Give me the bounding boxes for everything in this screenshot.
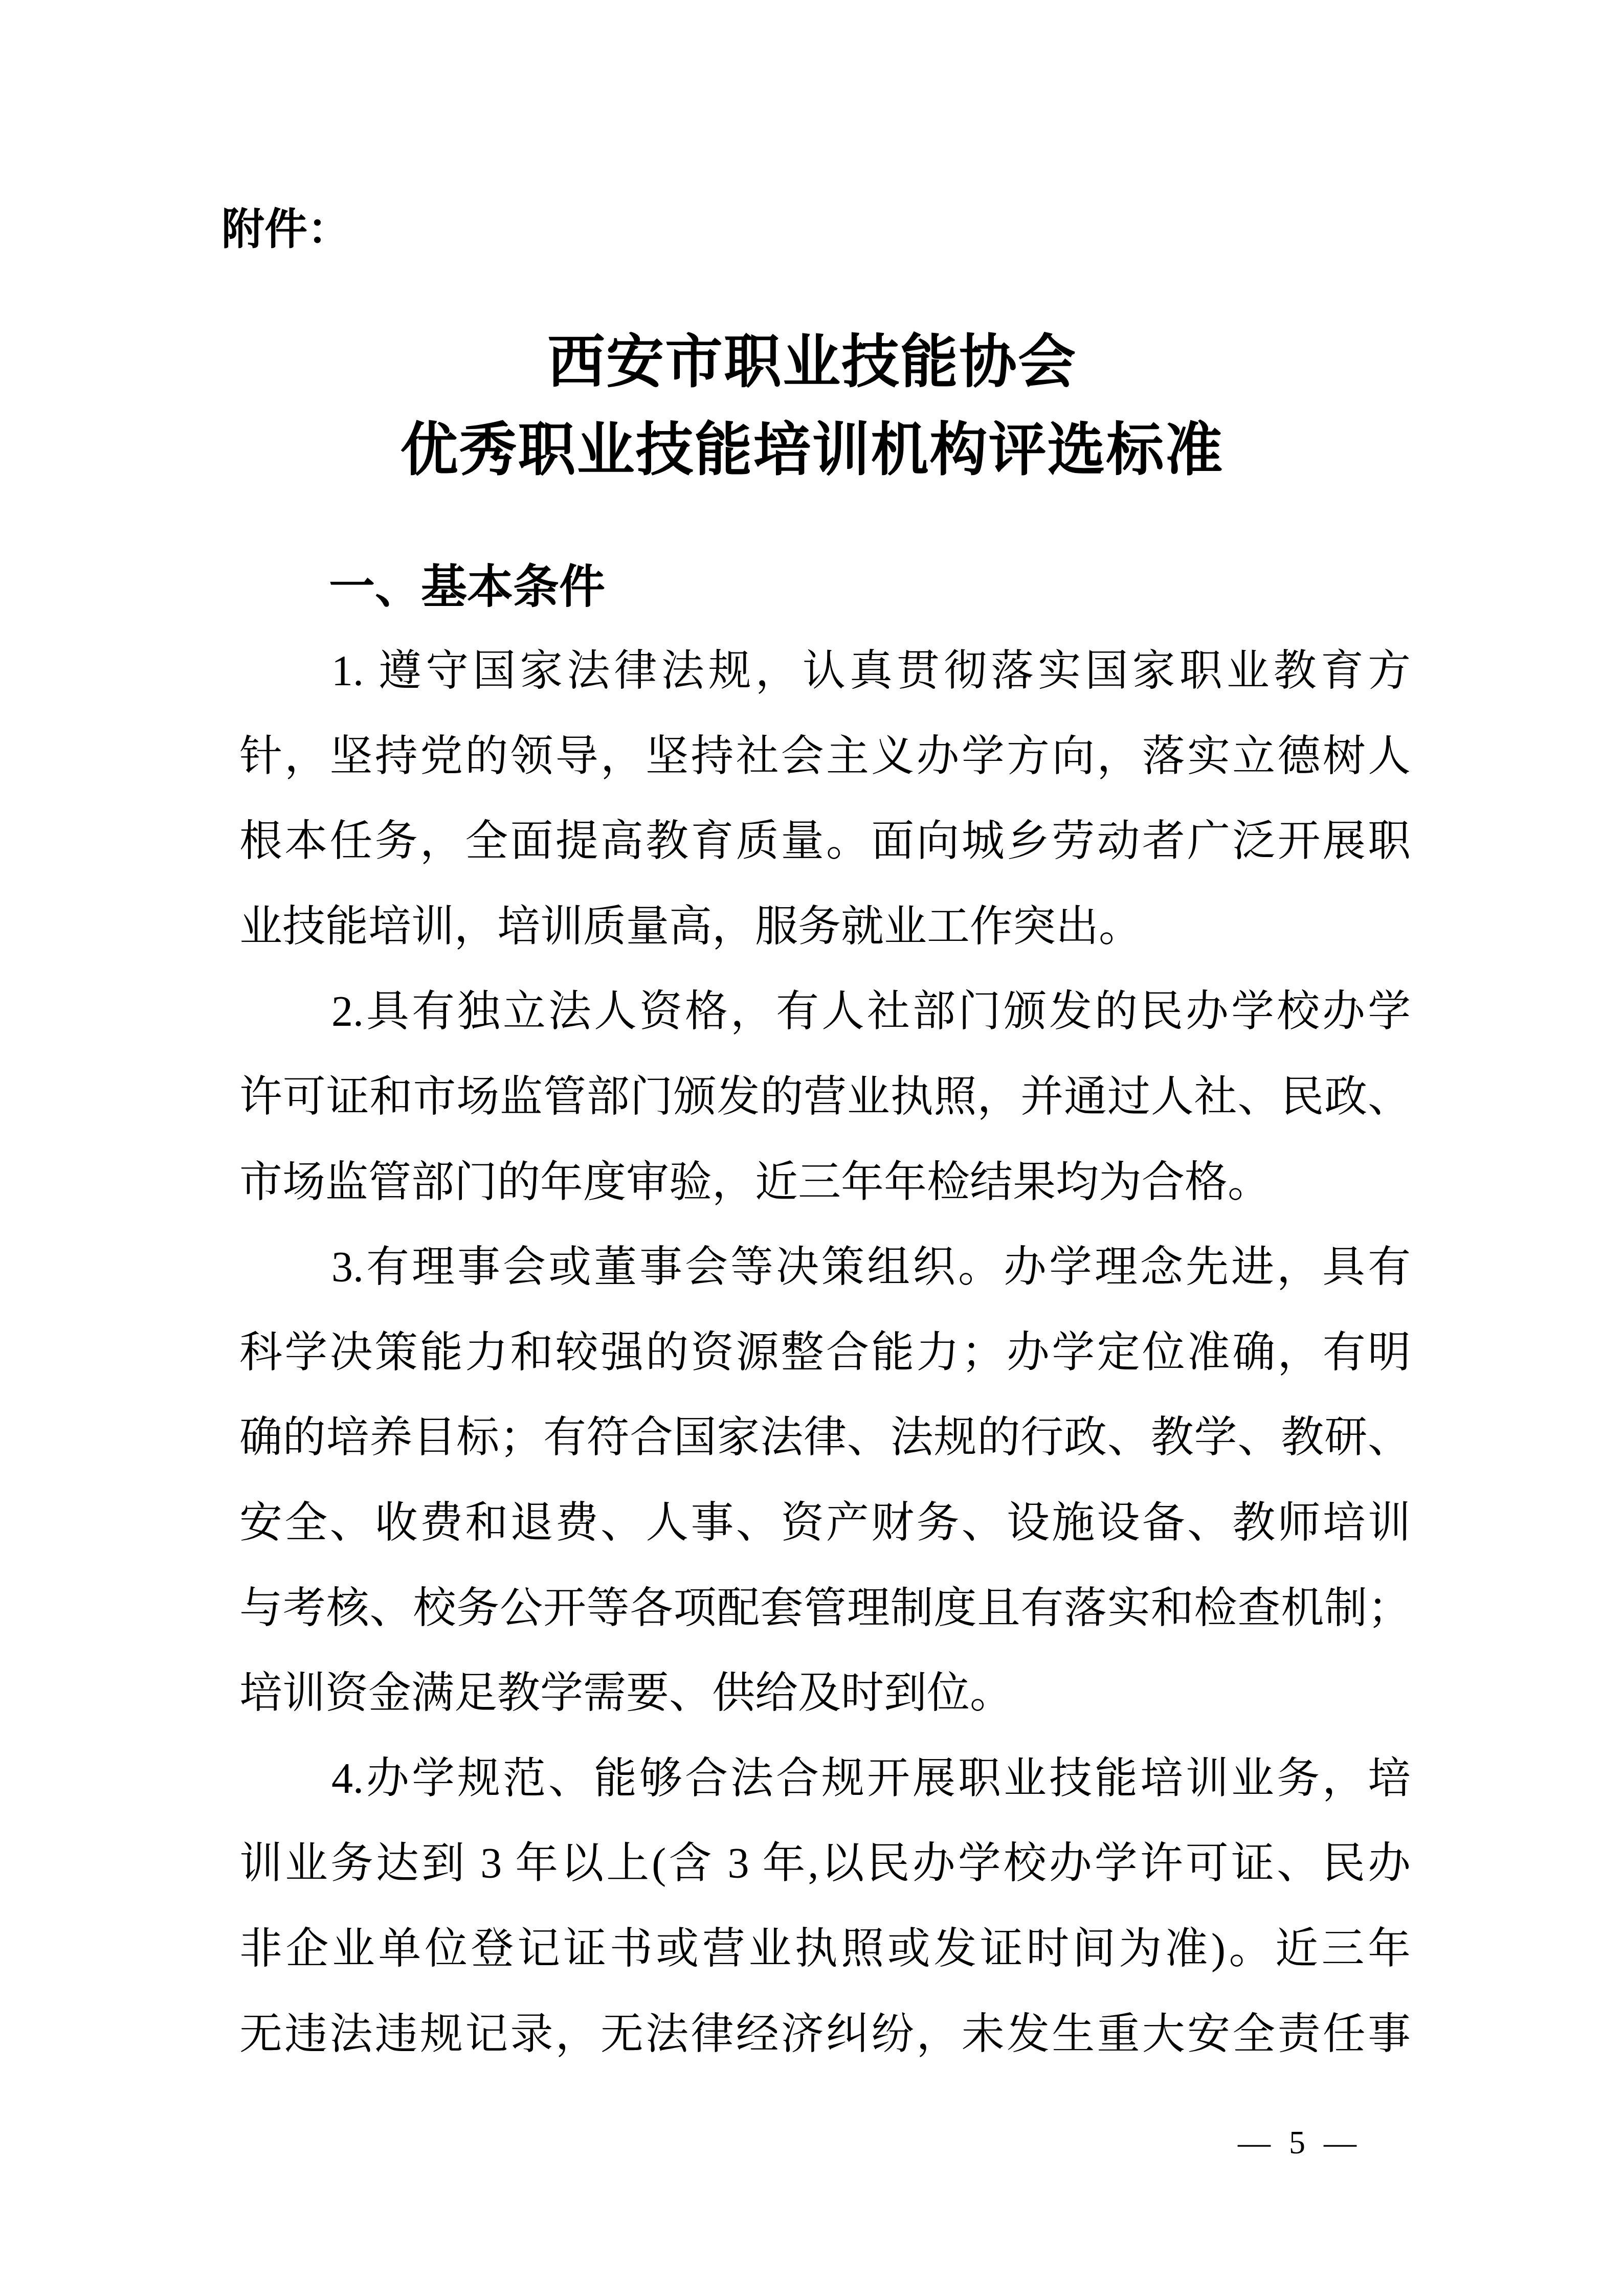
section-heading: 一、基本条件 [329, 559, 605, 615]
body-text: 1. 遵守国家法律法规，认真贯彻落实国家职业教育方 针，坚持党的领导，坚持社会主… [239, 629, 1411, 2077]
body-line: 非企业单位登记证书或营业执照或发证时间为准)。近三年 [239, 1907, 1411, 1992]
attachment-label: 附件： [221, 205, 350, 256]
body-line: 无违法违规记录，无法律经济纠纷，未发生重大安全责任事 [239, 1992, 1411, 2078]
body-line: 1. 遵守国家法律法规，认真贯彻落实国家职业教育方 [239, 629, 1411, 714]
body-line: 培训资金满足教学需要、供给及时到位。 [239, 1651, 1411, 1737]
page-number: — 5 — [1238, 2122, 1362, 2163]
body-line: 针，坚持党的领导，坚持社会主义办学方向，落实立德树人 [239, 714, 1411, 800]
doc-title-line1: 西安市职业技能协会 [0, 319, 1624, 407]
body-line: 训业务达到 3 年以上(含 3 年,以民办学校办学许可证、民办 [239, 1821, 1411, 1907]
body-line: 市场监管部门的年度审验，近三年年检结果均为合格。 [239, 1140, 1411, 1226]
body-line: 许可证和市场监管部门颁发的营业执照，并通过人社、民政、 [239, 1055, 1411, 1140]
body-line: 科学决策能力和较强的资源整合能力；办学定位准确，有明 [239, 1311, 1411, 1396]
body-line: 确的培养目标；有符合国家法律、法规的行政、教学、教研、 [239, 1395, 1411, 1481]
body-line: 根本任务，全面提高教育质量。面向城乡劳动者广泛开展职 [239, 799, 1411, 885]
document-page: 附件： 西安市职业技能协会 优秀职业技能培训机构评选标准 一、基本条件 1. 遵… [0, 0, 1624, 2296]
body-line: 安全、收费和退费、人事、资产财务、设施设备、教师培训 [239, 1481, 1411, 1566]
body-line: 4.办学规范、能够合法合规开展职业技能培训业务，培 [239, 1737, 1411, 1822]
doc-title: 西安市职业技能协会 优秀职业技能培训机构评选标准 [0, 319, 1624, 494]
body-line: 3.有理事会或董事会等决策组织。办学理念先进，具有 [239, 1225, 1411, 1311]
body-line: 与考核、校务公开等各项配套管理制度且有落实和检查机制； [239, 1566, 1411, 1652]
body-line: 业技能培训，培训质量高，服务就业工作突出。 [239, 885, 1411, 970]
body-line: 2.具有独立法人资格，有人社部门颁发的民办学校办学 [239, 970, 1411, 1055]
doc-title-line2: 优秀职业技能培训机构评选标准 [0, 407, 1624, 494]
